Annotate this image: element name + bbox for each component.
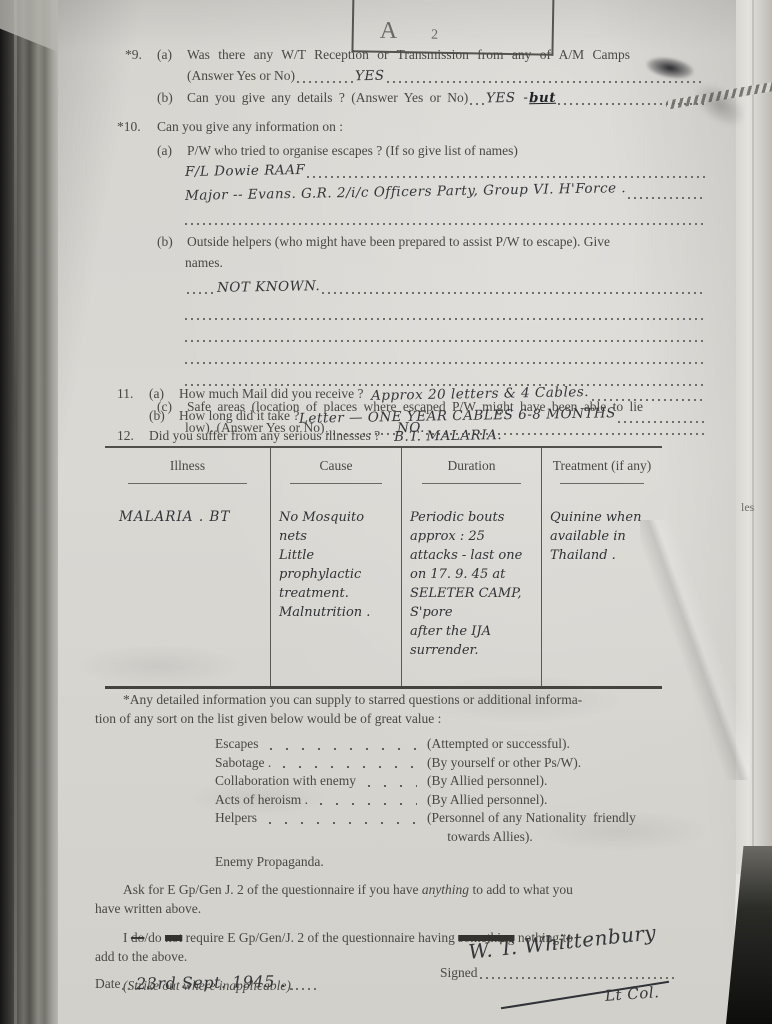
question-9b-answer-scribble: but xyxy=(528,88,555,109)
question-11a-text: How much Mail did you receive ? xyxy=(179,383,363,404)
ask-paragraph-line2: have written above. xyxy=(95,899,687,918)
header-underline xyxy=(128,483,247,484)
header-label: Treatment (if any) xyxy=(553,458,651,473)
dotted-leader xyxy=(558,101,705,105)
question-9a-answer: YES xyxy=(355,66,385,88)
dotted-leader xyxy=(187,290,215,294)
question-9-number: *9. xyxy=(125,44,157,65)
dotted-leader xyxy=(628,195,705,199)
item-desc: (Attempted or successful). xyxy=(427,735,685,754)
adjacent-page-text-fragment: les xyxy=(741,500,754,515)
date-value: 23rd Sept. 1945 . xyxy=(136,971,286,995)
ask-emphasis: anything xyxy=(422,882,469,897)
question-10-number: *10. xyxy=(117,116,157,137)
item-desc: (By yourself or other Ps/W). xyxy=(427,754,685,773)
item-desc: (Personnel of any Nationality friendly t… xyxy=(427,809,685,846)
dotted-leader xyxy=(297,79,353,83)
question-9b-text: Can you give any details ? (Answer Yes o… xyxy=(187,87,468,108)
header-label: Duration xyxy=(448,458,496,473)
struck-word-do: do xyxy=(131,930,145,945)
item-label: Escapes xyxy=(215,735,258,754)
note-intro-line2: tion of any sort on the list given below… xyxy=(95,709,687,728)
table-cell-cause: No Mosquito nets Little prophylactic tre… xyxy=(271,494,402,686)
list-item: Helpers (Personnel of any Nationality fr… xyxy=(95,809,687,846)
list-item: Collaboration with enemy (By Allied pers… xyxy=(95,772,687,791)
header-label: Illness xyxy=(170,458,205,473)
question-10b-answer: NOT KNOWN. xyxy=(217,276,321,299)
dotted-leader xyxy=(122,986,132,990)
blank-dotted-line xyxy=(185,211,707,225)
question-10b-tag: (b) xyxy=(157,231,187,252)
list-item: Sabotage . (By yourself or other Ps/W). xyxy=(95,754,687,773)
question-12-number: 12. xyxy=(117,425,149,446)
question-11b-text: How long did it take ? xyxy=(179,405,299,426)
header-label: Cause xyxy=(320,458,353,473)
question-11: 11. (a) How much Mail did you receive ? … xyxy=(117,383,707,427)
table-cell-treatment: Quinine when available in Thailand . xyxy=(542,494,662,686)
item-desc: (By Allied personnel). xyxy=(427,772,685,791)
enemy-propaganda-label: Enemy Propaganda. xyxy=(215,854,687,870)
item-label: Acts of heroism . xyxy=(215,791,308,810)
question-9b-answer: YES - xyxy=(486,88,529,110)
column-header-duration: Duration xyxy=(402,448,542,494)
header-underline xyxy=(560,483,643,484)
header-underline xyxy=(290,483,381,484)
column-header-treatment: Treatment (if any) xyxy=(542,448,662,494)
list-item: Escapes (Attempted or successful). xyxy=(95,735,687,754)
column-header-cause: Cause xyxy=(271,448,402,494)
list-item: Acts of heroism . (By Allied personnel). xyxy=(95,791,687,810)
question-10-intro: Can you give any information on : xyxy=(157,116,343,137)
signature-rank: Lt Col. xyxy=(604,983,659,1005)
question-9a-text: Was there any W/T Reception or Transmiss… xyxy=(187,44,630,65)
question-11a-tag: (a) xyxy=(149,383,179,404)
dot-leader xyxy=(270,746,417,750)
dot-leader xyxy=(269,820,417,824)
question-11-number: 11. xyxy=(117,383,149,404)
question-12-text: Did you suffer from any serious illnesse… xyxy=(149,425,380,446)
dot-leader xyxy=(283,764,417,768)
question-9a-tag: (a) xyxy=(157,44,187,65)
item-label: Sabotage . xyxy=(215,754,271,773)
signed-label: Signed xyxy=(440,962,478,983)
column-header-illness: Illness xyxy=(105,448,271,494)
blank-dotted-line xyxy=(185,350,707,364)
item-label: Helpers xyxy=(215,809,257,828)
dotted-leader xyxy=(387,79,705,83)
signed-row: Signed xyxy=(440,962,680,983)
ask-text-tail: to add to what you xyxy=(469,882,573,897)
question-9b-tag: (b) xyxy=(157,87,187,108)
document-content: *9. (a) Was there any W/T Reception or T… xyxy=(0,0,772,1024)
date-row: Date 23rd Sept. 1945 . xyxy=(95,972,395,994)
scanned-pow-questionnaire-page: A 2 *9. (a) Was there any W/T Reception … xyxy=(0,0,772,1024)
dotted-leader xyxy=(618,419,705,423)
dot-leader xyxy=(320,801,417,805)
question-11b-tag: (b) xyxy=(149,405,179,426)
dotted-leader xyxy=(290,986,316,990)
question-10b-text-line2: names. xyxy=(185,252,223,273)
question-10a-tag: (a) xyxy=(157,140,187,161)
dotted-leader xyxy=(322,290,705,294)
question-9a-prompt: (Answer Yes or No) xyxy=(187,65,295,86)
escape-organiser-name-1: F/L Dowie RAAF xyxy=(185,160,306,183)
value-list: Escapes (Attempted or successful). Sabot… xyxy=(95,735,687,846)
illness-table: Illness Cause Duration Treatment (if any… xyxy=(105,446,662,689)
dotted-leader xyxy=(307,174,705,178)
question-10b-text-line1: Outside helpers (who might have been pre… xyxy=(187,231,610,252)
note-intro-line1: *Any detailed information you can supply… xyxy=(95,690,687,709)
dot-leader xyxy=(368,783,417,787)
date-label: Date xyxy=(95,973,120,994)
require-text: /do xyxy=(144,930,165,945)
ask-paragraph: Ask for E Gp/Gen J. 2 of the questionnai… xyxy=(95,880,687,899)
question-10a-text: P/W who tried to organise escapes ? (If … xyxy=(187,140,518,161)
question-12: 12. Did you suffer from any serious illn… xyxy=(117,425,707,447)
escape-organiser-name-2: Major -- Evans. G.R. 2/i/c Officers Part… xyxy=(185,178,626,207)
struck-word-not: not xyxy=(165,930,182,945)
question-12-answer: B.T. MALARIA. xyxy=(394,425,502,448)
dotted-leader xyxy=(592,397,706,401)
question-9: *9. (a) Was there any W/T Reception or T… xyxy=(125,44,707,109)
table-cell-duration: Periodic bouts approx : 25 attacks - las… xyxy=(402,494,542,686)
header-underline xyxy=(422,483,520,484)
question-11a-answer: Approx 20 letters & 4 Cables. xyxy=(371,382,589,407)
require-text: I xyxy=(123,930,131,945)
item-label: Collaboration with enemy xyxy=(215,772,356,791)
require-text: require E Gp/Gen/J. 2 of the questionnai… xyxy=(182,930,458,945)
dotted-leader xyxy=(470,101,484,105)
blank-dotted-line xyxy=(185,306,707,320)
item-desc: (By Allied personnel). xyxy=(427,791,685,810)
table-cell-illness: MALARIA . BT xyxy=(105,494,271,686)
ask-text: Ask for E Gp/Gen J. 2 of the questionnai… xyxy=(123,882,422,897)
blank-dotted-line xyxy=(185,328,707,342)
dotted-leader xyxy=(480,975,678,979)
